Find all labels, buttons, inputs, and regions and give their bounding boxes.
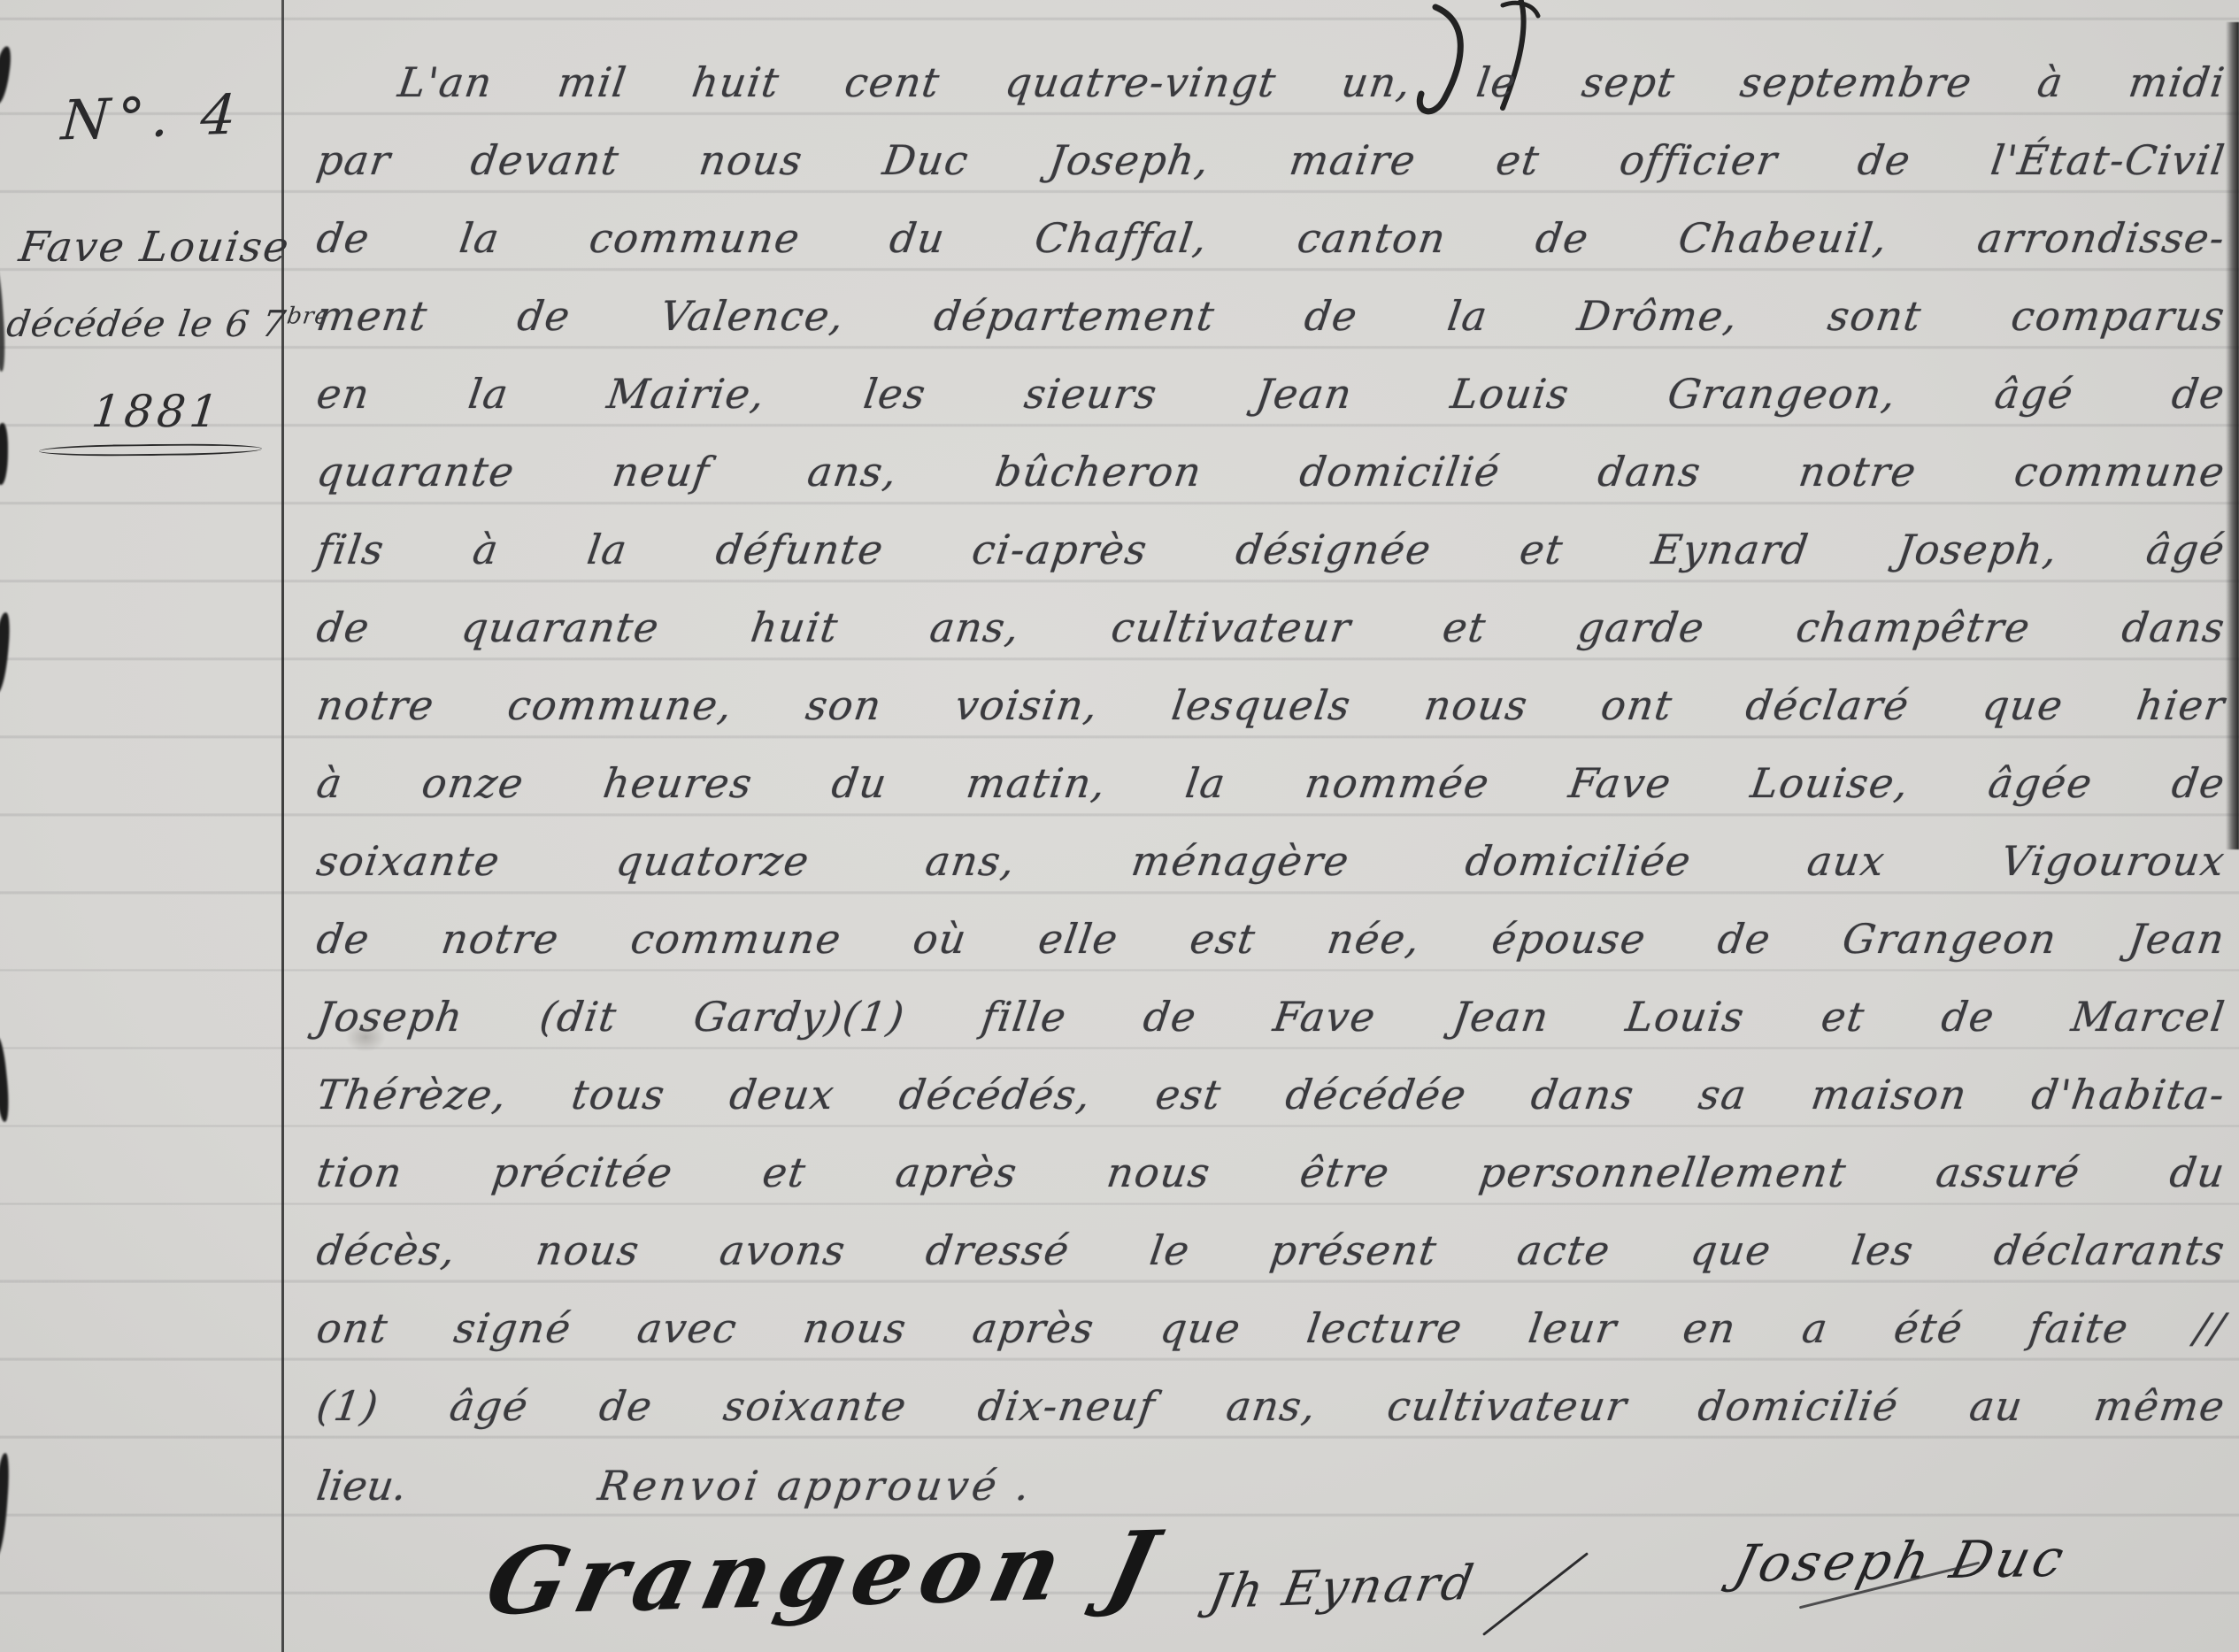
record-line: en la Mairie, les sieurs Jean Louis Gran… [312, 356, 2230, 434]
record-line: de quarante huit ans, cultivateur et gar… [312, 589, 2230, 667]
record-line: décès, nous avons dressé le présent acte… [312, 1212, 2230, 1290]
signature-eynard: Jh Eynard [1204, 1555, 1480, 1619]
record-line: ont signé avec nous après que lecture le… [312, 1290, 2230, 1368]
signature-paraph-eynard [1482, 1552, 1589, 1636]
renvoi-approval-note: Renvoi approuvé . [593, 1448, 1038, 1524]
record-line: notre commune, son voisin, lesquels nous… [312, 667, 2230, 745]
act-body: L'an mil huit cent quatre-vingt un, le s… [312, 44, 2220, 1446]
deceased-date-note: décédée le 6 7bre [4, 303, 285, 345]
record-line: par devant nous Duc Joseph, maire et off… [312, 122, 2230, 200]
record-line: à onze heures du matin, la nommée Fave L… [312, 745, 2230, 823]
record-line: ment de Valence, département de la Drôme… [312, 278, 2230, 356]
record-line: soixante quatorze ans, ménagère domicili… [312, 823, 2230, 901]
record-line: (1) âgé de soixante dix-neuf ans, cultiv… [312, 1368, 2230, 1446]
record-line: L'an mil huit cent quatre-vingt un, le s… [312, 44, 2230, 122]
deceased-name: Fave Louise [16, 223, 289, 272]
margin-annotation-column: N°. 4 Fave Louise décédée le 6 7bre 1881 [0, 0, 281, 1652]
record-line: de notre commune où elle est née, épouse… [312, 901, 2230, 979]
ink-smudge [345, 1022, 386, 1052]
deceased-date-prefix: décédée le 6 7 [4, 303, 289, 345]
record-line: Joseph (dit Gardy)(1) fille de Fave Jean… [312, 979, 2230, 1057]
deceased-year: 1881 [89, 386, 225, 437]
record-line: Thérèze, tous deux décédés, est décédée … [312, 1057, 2230, 1134]
closing-line: lieu. Renvoi approuvé . [312, 1448, 2230, 1525]
record-line: fils à la défunte ci-après désignée et E… [312, 511, 2230, 589]
death-register-page: N°. 4 Fave Louise décédée le 6 7bre 1881… [0, 0, 2239, 1652]
margin-flourish-underline [39, 443, 262, 457]
record-line: de la commune du Chaffal, canton de Chab… [312, 200, 2230, 278]
signature-grangeon: Grangeon J [477, 1510, 1174, 1636]
record-line: tion précitée et après nous être personn… [312, 1134, 2230, 1212]
signature-duc: Joseph Duc [1728, 1528, 2073, 1594]
act-number: N°. 4 [59, 82, 242, 153]
closing-word-lieu: lieu. [312, 1448, 412, 1524]
record-line: quarante neuf ans, bûcheron domicilié da… [312, 434, 2230, 511]
